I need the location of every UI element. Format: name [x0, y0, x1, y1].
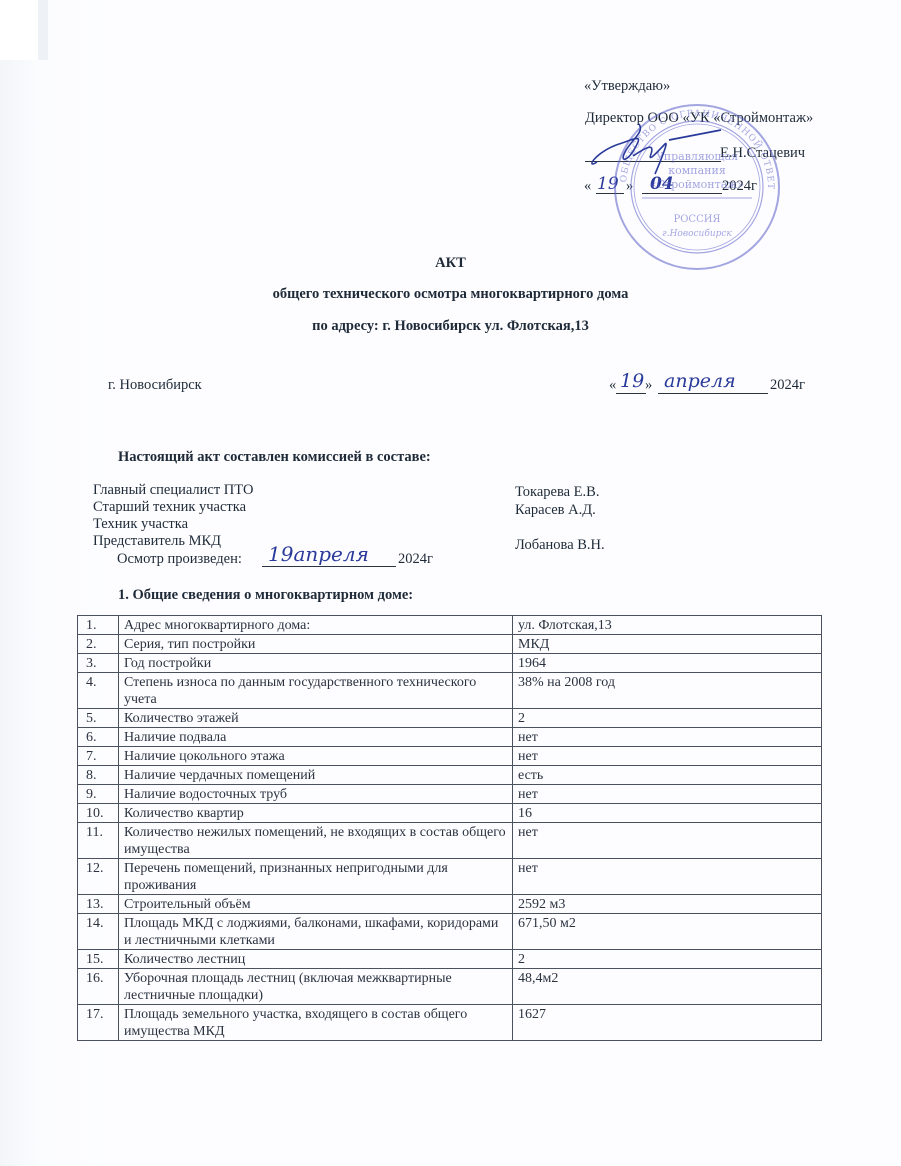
table-row: 6.Наличие подваланет [78, 728, 822, 747]
row-value: нет [513, 823, 822, 859]
document-address-line: по адресу: г. Новосибирск ул. Флотская,1… [0, 318, 901, 335]
row-parameter: Серия, тип постройки [119, 635, 513, 654]
row-number: 6. [78, 728, 119, 747]
row-number: 13. [78, 895, 119, 914]
row-number: 4. [78, 673, 119, 709]
member-role: Представитель МКД [93, 533, 221, 550]
row-parameter: Количество нежилых помещений, не входящи… [119, 823, 513, 859]
table-row: 3.Год постройки1964 [78, 654, 822, 673]
row-number: 17. [78, 1005, 119, 1041]
member-name: Лобанова В.Н. [515, 537, 605, 554]
row-number: 5. [78, 709, 119, 728]
city-label: г. Новосибирск [108, 377, 202, 394]
row-parameter: Степень износа по данным государственног… [119, 673, 513, 709]
table-row: 13.Строительный объём2592 м3 [78, 895, 822, 914]
row-value: 2592 м3 [513, 895, 822, 914]
date-day-handwritten: 19 [620, 370, 644, 392]
row-parameter: Строительный объём [119, 895, 513, 914]
row-value: 2 [513, 709, 822, 728]
row-value: МКД [513, 635, 822, 654]
table-row: 12.Перечень помещений, признанных неприг… [78, 859, 822, 895]
row-parameter: Количество лестниц [119, 950, 513, 969]
inspection-date-line [262, 566, 396, 567]
inspection-label: Осмотр произведен: [117, 551, 242, 568]
row-parameter: Адрес многоквартирного дома: [119, 616, 513, 635]
approval-title: «Утверждаю» [584, 78, 670, 95]
commission-title: Настоящий акт составлен комиссией в сост… [118, 449, 431, 466]
row-parameter: Количество этажей [119, 709, 513, 728]
member-name: Карасев А.Д. [515, 502, 596, 519]
row-number: 11. [78, 823, 119, 859]
row-value: 38% на 2008 год [513, 673, 822, 709]
document-title: АКТ [0, 255, 901, 272]
row-number: 12. [78, 859, 119, 895]
row-parameter: Год постройки [119, 654, 513, 673]
row-number: 9. [78, 785, 119, 804]
table-row: 4.Степень износа по данным государственн… [78, 673, 822, 709]
row-parameter: Наличие водосточных труб [119, 785, 513, 804]
table-row: 15.Количество лестниц2 [78, 950, 822, 969]
table-row: 9.Наличие водосточных трубнет [78, 785, 822, 804]
date-close-quote: » [645, 377, 652, 394]
row-value: 1627 [513, 1005, 822, 1041]
svg-text:г.Новосибирск: г.Новосибирск [662, 228, 732, 239]
table-row: 11.Количество нежилых помещений, не вход… [78, 823, 822, 859]
table-row: 16.Уборочная площадь лестниц (включая ме… [78, 969, 822, 1005]
member-role: Старший техник участка [93, 499, 246, 516]
row-value: нет [513, 747, 822, 766]
row-parameter: Наличие цокольного этажа [119, 747, 513, 766]
date-day-line [616, 393, 646, 394]
row-parameter: Наличие подвала [119, 728, 513, 747]
row-value: 16 [513, 804, 822, 823]
section-title: 1. Общие сведения о многоквартирном доме… [118, 587, 413, 604]
table-row: 10.Количество квартир16 [78, 804, 822, 823]
date-open-quote: « [609, 377, 616, 394]
row-value: нет [513, 859, 822, 895]
row-parameter: Количество квартир [119, 804, 513, 823]
row-value: 671,50 м2 [513, 914, 822, 950]
table-row: 14.Площадь МКД с лоджиями, балконами, шк… [78, 914, 822, 950]
table-row: 2.Серия, тип постройкиМКД [78, 635, 822, 654]
inspection-year: 2024г [398, 551, 433, 568]
member-role: Главный специалист ПТО [93, 482, 253, 499]
building-info-table: 1.Адрес многоквартирного дома:ул. Флотск… [77, 615, 822, 1041]
row-value: 2 [513, 950, 822, 969]
row-number: 14. [78, 914, 119, 950]
date-year: 2024г [770, 377, 805, 394]
row-number: 8. [78, 766, 119, 785]
table-row: 17.Площадь земельного участка, входящего… [78, 1005, 822, 1041]
member-role: Техник участка [93, 516, 188, 533]
row-parameter: Уборочная площадь лестниц (включая межкв… [119, 969, 513, 1005]
svg-text:РОССИЯ: РОССИЯ [673, 214, 720, 225]
row-value: ул. Флотская,13 [513, 616, 822, 635]
row-value: 48,4м2 [513, 969, 822, 1005]
document-subtitle: общего технического осмотра многоквартир… [0, 286, 901, 303]
scan-edge [0, 0, 38, 60]
row-number: 10. [78, 804, 119, 823]
table-row: 7.Наличие цокольного этажанет [78, 747, 822, 766]
row-value: 1964 [513, 654, 822, 673]
date-month-line [658, 393, 768, 394]
row-value: есть [513, 766, 822, 785]
table-row: 1.Адрес многоквартирного дома:ул. Флотск… [78, 616, 822, 635]
inspection-date-handwritten: 19апреля [268, 542, 369, 566]
table-row: 5.Количество этажей2 [78, 709, 822, 728]
row-parameter: Площадь земельного участка, входящего в … [119, 1005, 513, 1041]
document-page: «Утверждаю» Директор ООО «УК «Строймонта… [0, 0, 901, 1166]
row-number: 16. [78, 969, 119, 1005]
date-month-handwritten: апреля [664, 370, 736, 392]
row-number: 3. [78, 654, 119, 673]
row-number: 1. [78, 616, 119, 635]
row-number: 2. [78, 635, 119, 654]
row-parameter: Площадь МКД с лоджиями, балконами, шкафа… [119, 914, 513, 950]
row-number: 15. [78, 950, 119, 969]
member-name: Токарева Е.В. [515, 484, 599, 501]
row-parameter: Перечень помещений, признанных непригодн… [119, 859, 513, 895]
svg-text:«Строймонтаж»: «Строймонтаж» [650, 178, 744, 191]
row-number: 7. [78, 747, 119, 766]
row-value: нет [513, 785, 822, 804]
table-row: 8.Наличие чердачных помещенийесть [78, 766, 822, 785]
approval-date-open-quote: « [584, 178, 591, 195]
signature-icon [585, 118, 725, 178]
row-parameter: Наличие чердачных помещений [119, 766, 513, 785]
row-value: нет [513, 728, 822, 747]
scan-shade [38, 0, 48, 60]
